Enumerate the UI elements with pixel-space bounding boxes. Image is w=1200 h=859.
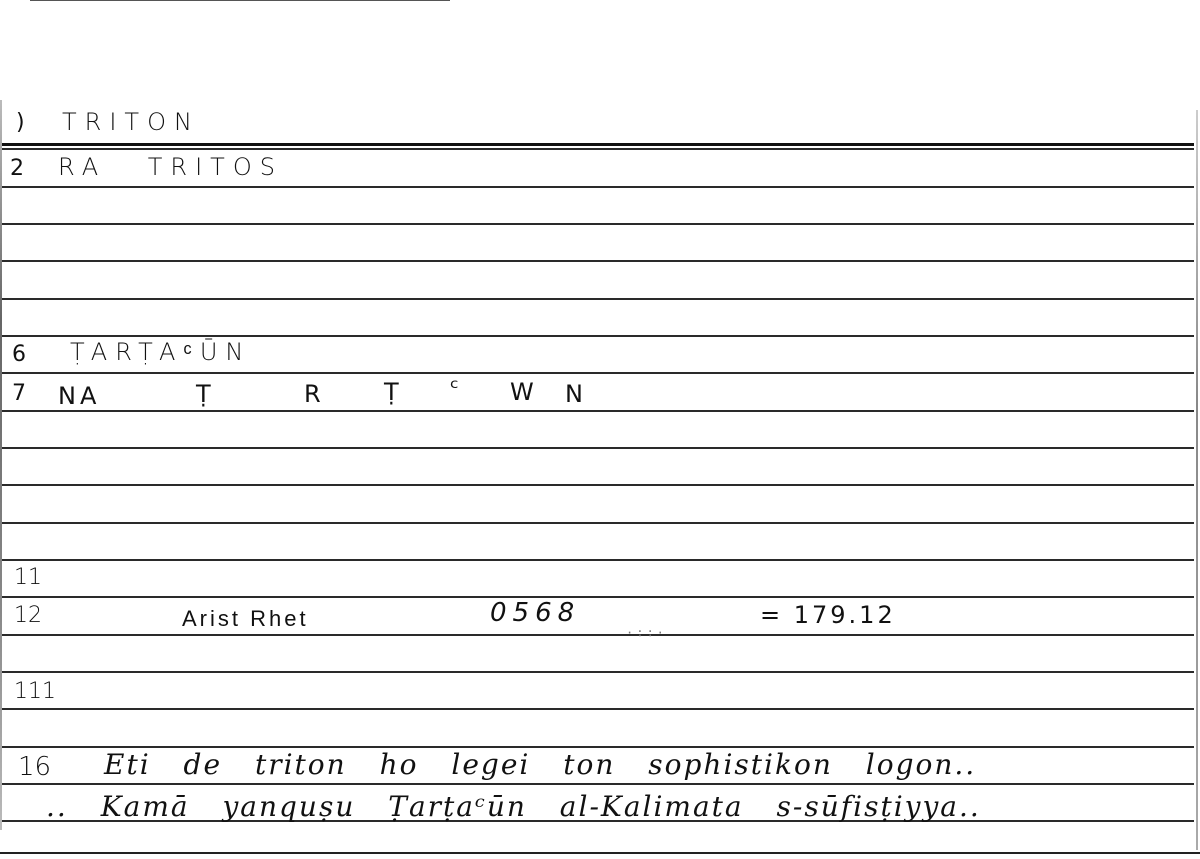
source-code: 0568 bbox=[490, 598, 580, 628]
line-7-letter: N bbox=[565, 380, 587, 408]
ruled-line bbox=[2, 260, 1194, 262]
ruled-line bbox=[2, 186, 1194, 188]
source-citation: Arist Rhet bbox=[182, 606, 309, 632]
faint-mark: ·∶∶· bbox=[626, 626, 667, 640]
ruled-line bbox=[2, 143, 1194, 146]
ruled-line bbox=[2, 708, 1194, 710]
line-number-7: 7 bbox=[12, 381, 26, 406]
ruled-line bbox=[2, 410, 1194, 412]
line-number-6: 6 bbox=[12, 342, 26, 367]
line-number-12: 12 bbox=[14, 603, 42, 628]
ruled-line bbox=[2, 148, 1194, 150]
card-top-edge bbox=[30, 0, 450, 1]
ruled-line bbox=[2, 484, 1194, 486]
card-right-edge bbox=[1196, 110, 1198, 850]
index-card: ) TRITON 2 RA TRITOS 6 ṬARṬAᶜŪN 7 NA Ṭ R… bbox=[0, 0, 1200, 859]
page-reference: = 179.12 bbox=[760, 601, 896, 629]
line-7-prefix: NA bbox=[58, 382, 100, 410]
ruled-line bbox=[2, 223, 1194, 225]
line-7-letter: Ṭ bbox=[384, 378, 403, 406]
ruled-line bbox=[2, 522, 1194, 524]
ruled-line bbox=[2, 783, 1194, 785]
line-7-letter: ᶜ bbox=[450, 374, 463, 402]
line-7-letter: W bbox=[510, 378, 538, 406]
line-number-16: 16 bbox=[18, 752, 51, 782]
card-left-edge bbox=[0, 100, 2, 830]
ruled-line bbox=[2, 335, 1194, 337]
line-number-2: 2 bbox=[10, 156, 24, 181]
greek-quotation: Eti de triton ho legei ton sophistikon l… bbox=[104, 748, 976, 781]
line-2-text: RA TRITOS bbox=[58, 153, 283, 181]
ruled-line bbox=[2, 671, 1194, 673]
ruled-line bbox=[2, 559, 1194, 561]
line-number-11: 11 bbox=[14, 565, 42, 590]
card-bottom-edge bbox=[0, 852, 1200, 854]
line-1-text: TRITON bbox=[62, 108, 200, 136]
line-number-111: 111 bbox=[14, 679, 56, 704]
line-number-1: ) bbox=[16, 110, 25, 135]
line-7-letter: Ṭ bbox=[196, 380, 215, 408]
ruled-line bbox=[2, 634, 1194, 636]
ruled-line bbox=[2, 372, 1194, 374]
ruled-line bbox=[2, 447, 1194, 449]
line-6-text: ṬARṬAᶜŪN bbox=[70, 338, 251, 367]
ruled-line bbox=[2, 596, 1194, 598]
line-7-letter: R bbox=[304, 380, 325, 408]
arabic-quotation: .. Kamā yanquṣu Ṭarṭaᶜūn al-Kalimata s-s… bbox=[46, 790, 981, 823]
ruled-line bbox=[2, 298, 1194, 300]
